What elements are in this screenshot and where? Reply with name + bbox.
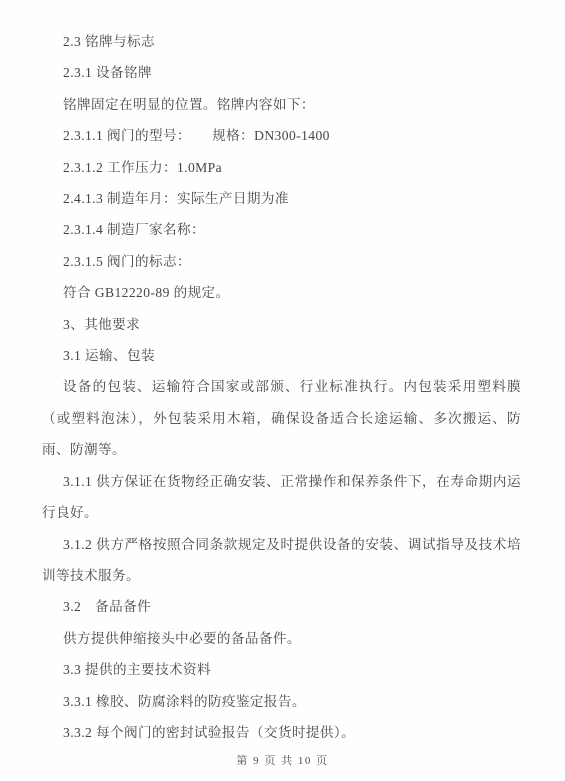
paragraph: 符合 GB12220-89 的规定。 <box>42 277 521 308</box>
paragraph: 2.3.1.1 阀门的型号： 规格：DN300-1400 <box>42 120 521 151</box>
document-page: 2.3 铭牌与标志2.3.1 设备铭牌铭牌固定在明显的位置。铭牌内容如下：2.3… <box>0 0 565 781</box>
paragraph: 3.3 提供的主要技术资料 <box>42 654 521 685</box>
paragraph: 3.1 运输、包装 <box>42 340 521 371</box>
paragraph: 2.3 铭牌与标志 <box>42 26 521 57</box>
paragraph: 3.2 备品备件 <box>42 591 521 622</box>
paragraph: 2.3.1.4 制造厂家名称： <box>42 214 521 245</box>
paragraph: 3、其他要求 <box>42 309 521 340</box>
paragraph: 设备的包装、运输符合国家或部颁、行业标准执行。内包装采用塑料膜（或塑料泡沫），外… <box>42 371 521 465</box>
paragraph: 2.3.1.5 阀门的标志： <box>42 246 521 277</box>
document-body: 2.3 铭牌与标志2.3.1 设备铭牌铭牌固定在明显的位置。铭牌内容如下：2.3… <box>42 26 521 748</box>
paragraph: 3.1.1 供方保证在货物经正确安装、正常操作和保养条件下，在寿命期内运行良好。 <box>42 466 521 529</box>
paragraph: 2.3.1.2 工作压力：1.0MPa <box>42 152 521 183</box>
paragraph: 供方提供伸缩接头中必要的备品备件。 <box>42 623 521 654</box>
paragraph: 铭牌固定在明显的位置。铭牌内容如下： <box>42 89 521 120</box>
paragraph: 3.1.2 供方严格按照合同条款规定及时提供设备的安装、调试指导及技术培训等技术… <box>42 529 521 592</box>
page-number-footer: 第 9 页 共 10 页 <box>0 752 565 768</box>
paragraph: 2.4.1.3 制造年月：实际生产日期为准 <box>42 183 521 214</box>
paragraph: 3.3.2 每个阀门的密封试验报告（交货时提供）。 <box>42 717 521 748</box>
paragraph: 3.3.1 橡胶、防腐涂料的防疫鉴定报告。 <box>42 686 521 717</box>
paragraph: 2.3.1 设备铭牌 <box>42 57 521 88</box>
